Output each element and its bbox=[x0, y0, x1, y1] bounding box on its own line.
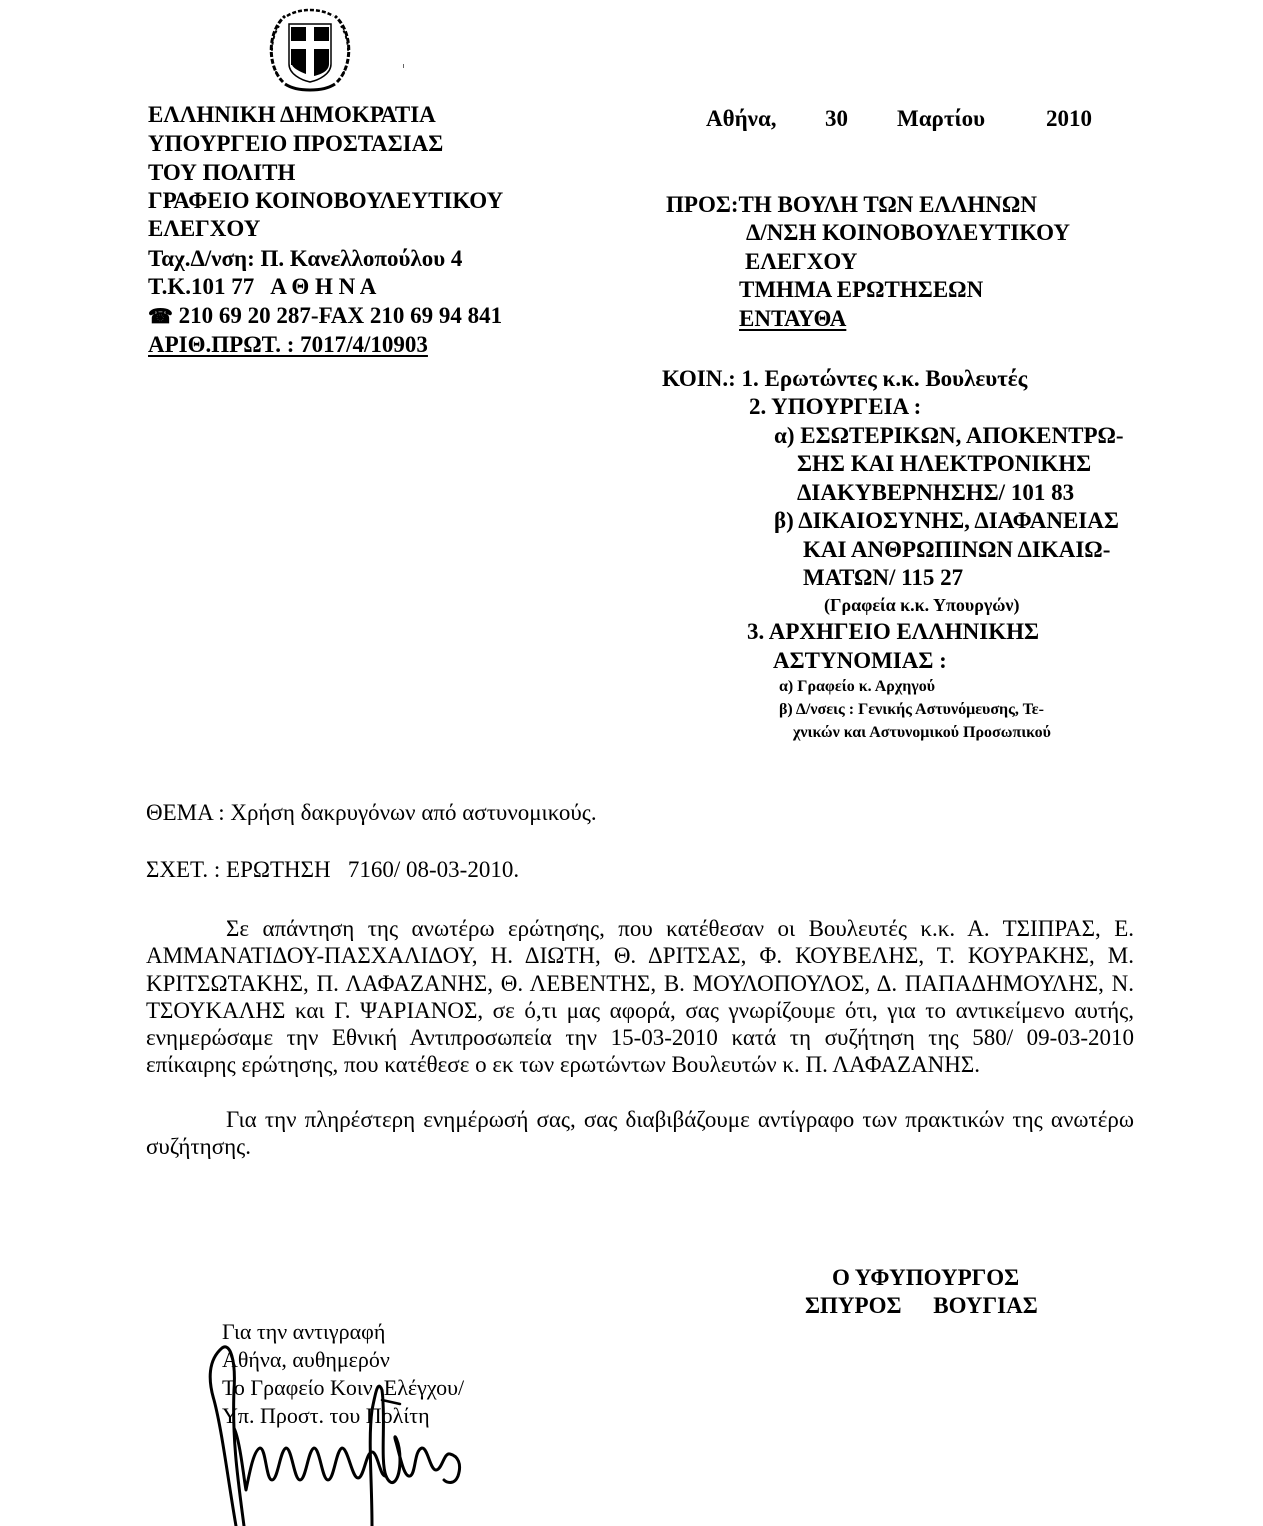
sender-phone-fax-row: ☎ 210 69 20 287-FAX 210 69 94 841 bbox=[148, 301, 502, 332]
cc-item-2b-line-2: ΚΑΙ ΑΝΘΡΩΠΙΝΩΝ ΔΙΚΑΙΩ- bbox=[803, 535, 1110, 564]
date-year: 2010 bbox=[1046, 104, 1092, 133]
protocol-number: ΑΡΙΘ.ΠΡΩΤ. : 7017/4/10903 bbox=[148, 330, 428, 359]
recipient-line-directorate: Δ/ΝΣΗ ΚΟΙΝΟΒΟΥΛΕΥΤΙΚΟΥ bbox=[746, 218, 1070, 247]
cc-item-2b-line-1: β) ΔΙΚΑΙΟΣΥΝΗΣ, ΔΙΑΦΑΝΕΙΑΣ bbox=[774, 506, 1119, 535]
signatory-last-name: ΒΟΥΓΙΑΣ bbox=[933, 1293, 1037, 1318]
greek-state-emblem-icon bbox=[263, 2, 357, 96]
cc-item-2a-line-3: ΔΙΑΚΥΒΕΡΝΗΣΗΣ/ 101 83 bbox=[797, 478, 1074, 507]
cc-item-2b-line-3: ΜΑΤΩΝ/ 115 27 bbox=[803, 563, 963, 592]
subject-line: ΘΕΜΑ : Χρήση δακρυγόνων από αστυνομικούς… bbox=[146, 800, 597, 826]
sender-line-office-2: ΕΛΕΓΧΟΥ bbox=[148, 214, 260, 243]
cc-item-2a-line-1: α) ΕΣΩΤΕΡΙΚΩΝ, ΑΠΟΚΕΝΤΡΩ- bbox=[774, 421, 1124, 450]
telephone-icon: ☎ bbox=[148, 306, 173, 328]
date-month: Μαρτίου bbox=[897, 104, 985, 133]
sender-line-ministry: ΥΠΟΥΡΓΕΙΟ ΠΡΟΣΤΑΣΙΑΣ bbox=[148, 129, 443, 158]
sender-postcode: Τ.Κ.101 77 Α Θ Η Ν Α bbox=[148, 272, 376, 301]
reference-line: ΣΧΕΤ. : ΕΡΩΤΗΣΗ 7160/ 08-03-2010. bbox=[146, 857, 519, 883]
cc-item-2: 2. ΥΠΟΥΡΓΕΙΑ : bbox=[749, 392, 921, 421]
cc-item-3-line-1: 3. ΑΡΧΗΓΕΙΟ ΕΛΛΗΝΙΚΗΣ bbox=[747, 617, 1039, 646]
date-city: Αθήνα, bbox=[706, 104, 777, 133]
cc-item-2-note: (Γραφεία κ.κ. Υπουργών) bbox=[824, 593, 1019, 617]
cc-item-3b-line-1: β) Δ/νσεις : Γενικής Αστυνόμευσης, Τε- bbox=[779, 699, 1044, 721]
handwritten-signature-icon bbox=[200, 1330, 490, 1526]
recipient-line-parliament: ΤΗ ΒΟΥΛΗ ΤΩΝ ΕΛΛΗΝΩΝ bbox=[739, 192, 1037, 217]
recipient-line-here: ΕΝΤΑΥΘΑ bbox=[739, 304, 846, 333]
sender-line-ministry-2: ΤΟΥ ΠΟΛΙΤΗ bbox=[148, 158, 295, 187]
sender-phone-fax: 210 69 20 287-FAX 210 69 94 841 bbox=[179, 303, 502, 328]
sender-line-country: ΕΛΛΗΝΙΚΗ ΔΗΜΟΚΡΑΤΙΑ bbox=[148, 100, 436, 129]
cc-item-3b-line-2: χνικών και Αστυνομικού Προσωπικού bbox=[793, 722, 1051, 744]
recipient-line-directorate-2: ΕΛΕΓΧΟΥ bbox=[745, 247, 857, 276]
signatory-name-row: ΣΠΥΡΟΣ ΒΟΥΓΙΑΣ bbox=[805, 1291, 1038, 1320]
sender-address: Ταχ.Δ/νση: Π. Κανελλοπούλου 4 bbox=[148, 244, 462, 273]
recipient-line-department: ΤΜΗΜΑ ΕΡΩΤΗΣΕΩΝ bbox=[739, 275, 983, 304]
body-paragraph-2: Για την πληρέστερη ενημέρωσή σας, σας δι… bbox=[146, 1106, 1134, 1161]
cc-item-1: 1. Ερωτώντες κ.κ. Βουλευτές bbox=[742, 366, 1028, 391]
signatory-first-name: ΣΠΥΡΟΣ bbox=[805, 1293, 902, 1318]
cc-item-2a-line-2: ΣΗΣ ΚΑΙ ΗΛΕΚΤΡΟΝΙΚΗΣ bbox=[797, 449, 1091, 478]
recipient-label: ΠΡΟΣ: bbox=[666, 192, 739, 217]
recipient-first-line: ΠΡΟΣ:ΤΗ ΒΟΥΛΗ ΤΩΝ ΕΛΛΗΝΩΝ bbox=[666, 190, 1037, 219]
cc-item-3-line-2: ΑΣΤΥΝΟΜΙΑΣ : bbox=[773, 646, 947, 675]
sender-line-office: ΓΡΑΦΕΙΟ ΚΟΙΝΟΒΟΥΛΕΥΤΙΚΟΥ bbox=[148, 186, 503, 215]
body-paragraph-1: Σε απάντηση της ανωτέρω ερώτησης, που κα… bbox=[146, 915, 1134, 1079]
signatory-title: Ο ΥΦΥΠΟΥΡΓΟΣ bbox=[832, 1263, 1019, 1292]
date-day: 30 bbox=[825, 104, 848, 133]
cc-item-3a: α) Γραφείο κ. Αρχηγού bbox=[779, 676, 935, 698]
cc-label: ΚΟΙΝ.: bbox=[662, 366, 736, 391]
scan-speck bbox=[403, 64, 404, 68]
cc-first-line: ΚΟΙΝ.: 1. Ερωτώντες κ.κ. Βουλευτές bbox=[662, 364, 1027, 393]
letter-body: Σε απάντηση της ανωτέρω ερώτησης, που κα… bbox=[146, 915, 1134, 1160]
